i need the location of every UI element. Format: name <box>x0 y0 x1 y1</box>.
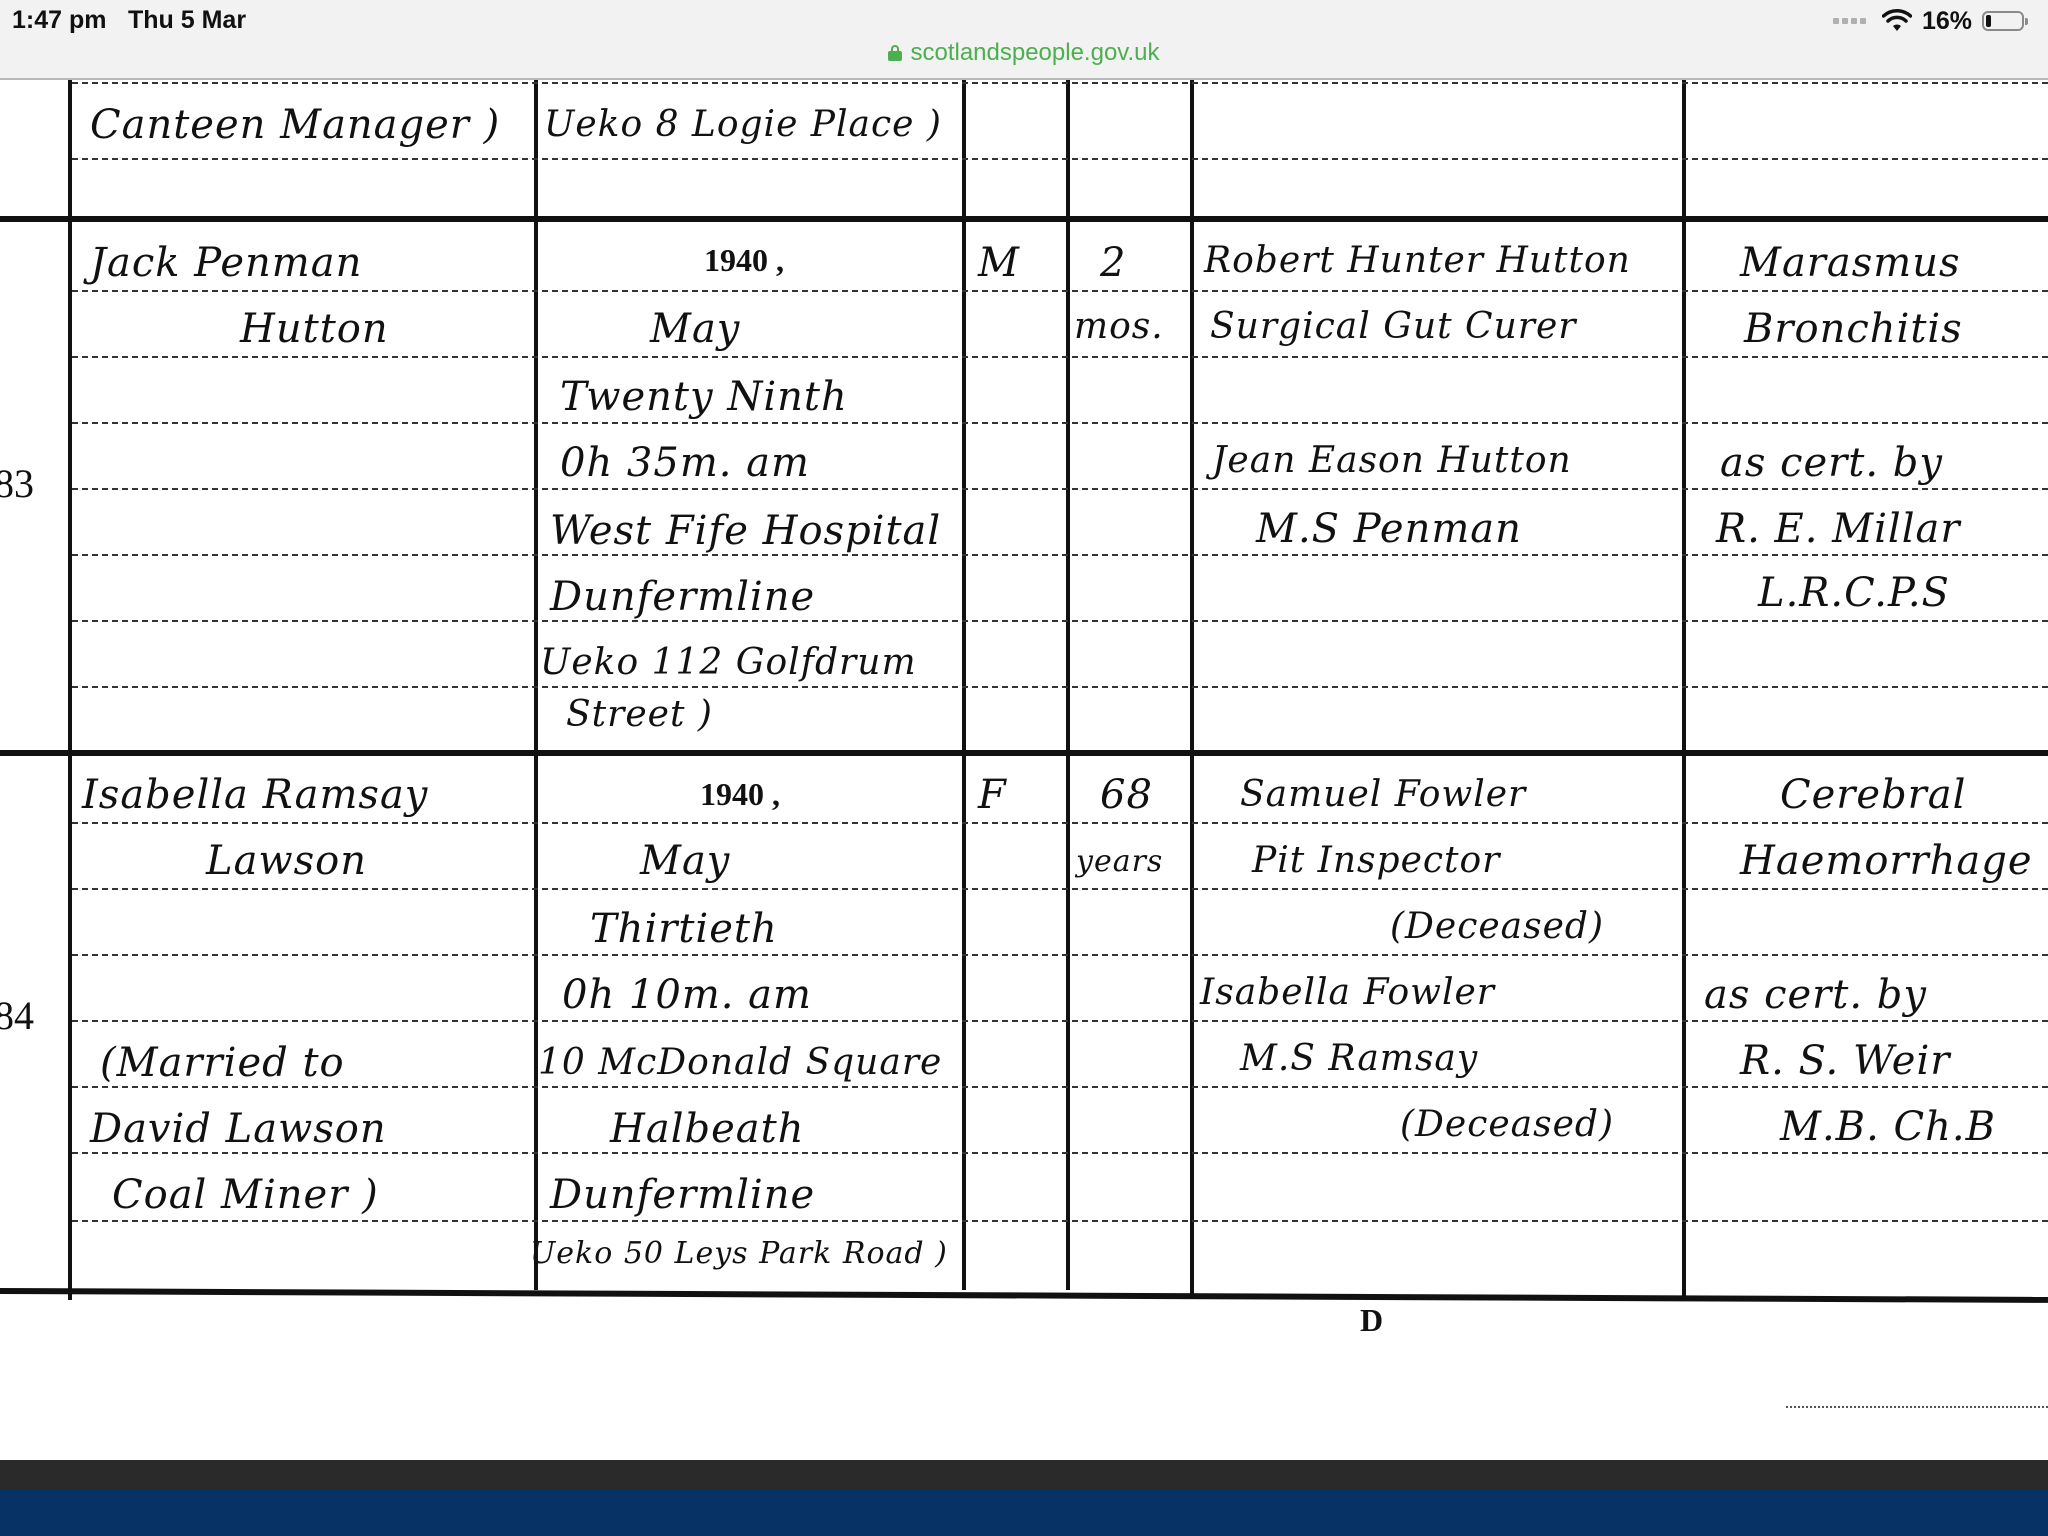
viewer-toolbar <box>0 1460 2048 1490</box>
father-name: Samuel Fowler <box>1240 774 1526 815</box>
battery-level <box>1986 15 1991 27</box>
entry-number: 83 <box>0 460 34 507</box>
certifying-doctor: R. E. Millar <box>1716 506 1960 552</box>
sex: M <box>978 240 1020 286</box>
ruled-line <box>72 1152 2048 1154</box>
age-value: 68 <box>1100 772 1153 818</box>
death-place: 10 McDonald Square <box>538 1042 942 1083</box>
column-divider <box>534 80 538 1290</box>
death-time: 0h 10m. am <box>562 972 812 1018</box>
page-bottom-rule <box>0 1288 2048 1303</box>
spouse-name: David Lawson <box>90 1106 387 1152</box>
deceased-surname: Lawson <box>206 838 367 884</box>
ruled-line <box>72 290 2048 292</box>
cause-of-death-line2: Bronchitis <box>1744 306 1963 352</box>
mother-name: Jean Eason Hutton <box>1212 440 1572 481</box>
deceased-name: Isabella Ramsay <box>82 772 428 818</box>
cause-of-death-line1: Cerebral <box>1780 772 1966 818</box>
status-date: Thu 5 Mar <box>128 6 246 35</box>
ruled-line <box>72 356 2048 358</box>
certifying-doctor: R. S. Weir <box>1740 1038 1950 1084</box>
column-divider <box>1066 80 1070 1290</box>
death-place: West Fife Hospital <box>550 508 941 554</box>
site-footer-bar <box>0 1490 2048 1536</box>
wifi-icon <box>1882 9 1912 33</box>
mother-deceased-note: (Deceased) <box>1400 1104 1614 1145</box>
doctor-qualifications: M.B. Ch.B <box>1780 1104 1996 1150</box>
ruled-line <box>72 1020 2048 1022</box>
age-value: 2 <box>1100 240 1126 286</box>
usual-residence: Ueko 112 Golfdrum <box>540 642 917 683</box>
spouse-occupation: Coal Miner ) <box>112 1172 379 1218</box>
multitasking-dots-icon[interactable] <box>1833 18 1866 24</box>
father-name: Robert Hunter Hutton <box>1204 240 1631 281</box>
death-year: 1940 , <box>704 242 784 279</box>
death-town: Dunfermline <box>550 574 815 620</box>
death-district: Halbeath <box>610 1106 804 1152</box>
doctor-qualifications: L.R.C.P.S <box>1758 570 1950 616</box>
death-time: 0h 35m. am <box>560 440 810 486</box>
mother-name: Isabella Fowler <box>1200 972 1495 1013</box>
battery-icon <box>1982 11 2024 31</box>
ruled-line <box>72 554 2048 556</box>
column-divider <box>68 80 72 1300</box>
status-bar: 1:47 pm Thu 5 Mar 16% scotlandspeople.go… <box>0 0 2048 80</box>
death-year: 1940 , <box>700 776 780 813</box>
ruled-line <box>72 686 2048 688</box>
ruled-line <box>72 422 2048 424</box>
ruled-line <box>72 888 2048 890</box>
lock-icon <box>888 45 902 61</box>
status-indicators: 16% <box>1833 6 2024 36</box>
ruled-line <box>72 1220 2048 1222</box>
url-text[interactable]: scotlandspeople.gov.uk <box>910 39 1159 67</box>
ruled-line <box>72 954 2048 956</box>
certified-by-label: as cert. by <box>1704 972 1927 1018</box>
faint-mark <box>1786 1406 2048 1408</box>
ruled-line <box>72 822 2048 824</box>
ruled-line <box>72 158 2048 160</box>
deceased-name: Jack Penman <box>90 240 362 286</box>
page-letter: D <box>1360 1302 1383 1339</box>
ruled-line <box>72 82 2048 84</box>
death-month: May <box>650 306 740 352</box>
mother-maiden-name: M.S Ramsay <box>1240 1038 1478 1079</box>
certified-by-label: as cert. by <box>1720 440 1943 486</box>
prev-entry-residence: Ueko 8 Logie Place ) <box>544 104 942 145</box>
ruled-line <box>72 488 2048 490</box>
age-unit: years <box>1076 844 1163 879</box>
status-time: 1:47 pm <box>12 6 106 35</box>
mother-maiden-name: M.S Penman <box>1256 506 1522 552</box>
father-occupation: Pit Inspector <box>1252 840 1500 881</box>
column-divider <box>962 80 966 1290</box>
marital-note: (Married to <box>100 1040 345 1086</box>
register-page-image[interactable]: Canteen Manager ) Ueko 8 Logie Place ) 8… <box>0 80 2048 1460</box>
prev-entry-occupation: Canteen Manager ) <box>90 102 500 148</box>
ruled-line <box>72 620 2048 622</box>
death-town: Dunfermline <box>550 1172 815 1218</box>
sex: F <box>978 772 1007 818</box>
death-day: Thirtieth <box>590 906 778 952</box>
entry-divider <box>0 216 2048 222</box>
battery-percentage: 16% <box>1922 7 1972 36</box>
usual-residence-cont: Street ) <box>566 694 713 735</box>
deceased-surname: Hutton <box>240 306 389 352</box>
usual-residence: Ueko 50 Leys Park Road ) <box>530 1236 948 1271</box>
death-month: May <box>640 838 730 884</box>
address-bar[interactable]: scotlandspeople.gov.uk <box>0 36 2048 70</box>
cause-of-death-line1: Marasmus <box>1740 240 1961 286</box>
ruled-line <box>72 1086 2048 1088</box>
father-occupation: Surgical Gut Curer <box>1210 306 1577 347</box>
column-divider <box>1682 80 1686 1300</box>
age-unit: mos. <box>1074 306 1164 347</box>
cause-of-death-line2: Haemorrhage <box>1740 838 2033 884</box>
entry-number: 84 <box>0 992 34 1039</box>
death-day: Twenty Ninth <box>560 374 848 420</box>
father-deceased-note: (Deceased) <box>1390 906 1604 947</box>
entry-divider <box>0 750 2048 756</box>
